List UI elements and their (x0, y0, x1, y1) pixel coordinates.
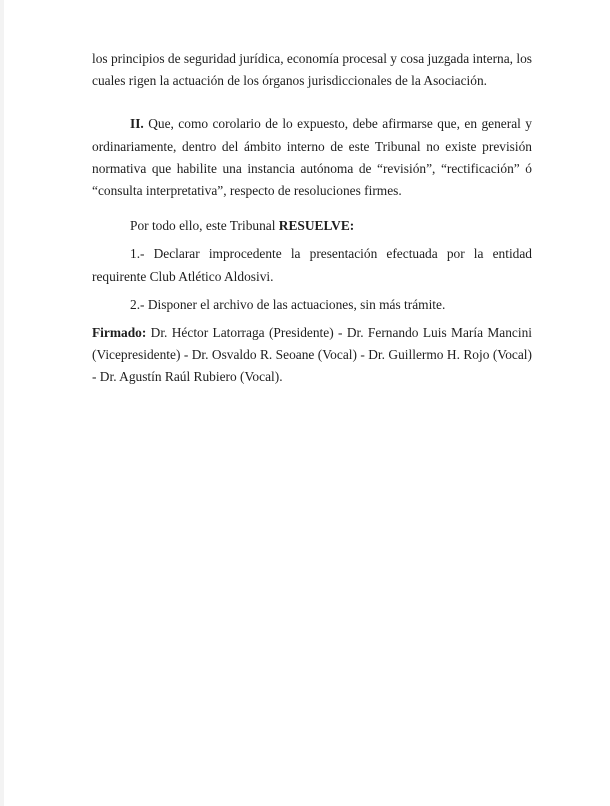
resolution-intro-text: Por todo ello, este Tribunal (130, 218, 279, 233)
resolution-intro: Por todo ello, este Tribunal RESUELVE: (92, 215, 532, 237)
resolution-item-1: 1.- Declarar improcedente la presentació… (92, 243, 532, 287)
signature-block: Firmado: Dr. Héctor Latorraga (President… (92, 322, 532, 389)
paragraph-intro: los principios de seguridad jurídica, ec… (92, 48, 532, 92)
signature-label: Firmado: (92, 325, 146, 340)
signature-names: Dr. Héctor Latorraga (Presidente) - Dr. … (92, 325, 532, 384)
document-page: los principios de seguridad jurídica, ec… (92, 48, 532, 389)
page-edge-shadow (0, 0, 4, 806)
section-ii-text: Que, como corolario de lo expuesto, debe… (92, 116, 532, 198)
paragraph-section-ii: II. Que, como corolario de lo expuesto, … (92, 113, 532, 202)
resolution-item-2: 2.- Disponer el archivo de las actuacion… (92, 294, 532, 316)
section-ii-label: II. (130, 116, 144, 131)
resolution-keyword: RESUELVE: (279, 218, 354, 233)
